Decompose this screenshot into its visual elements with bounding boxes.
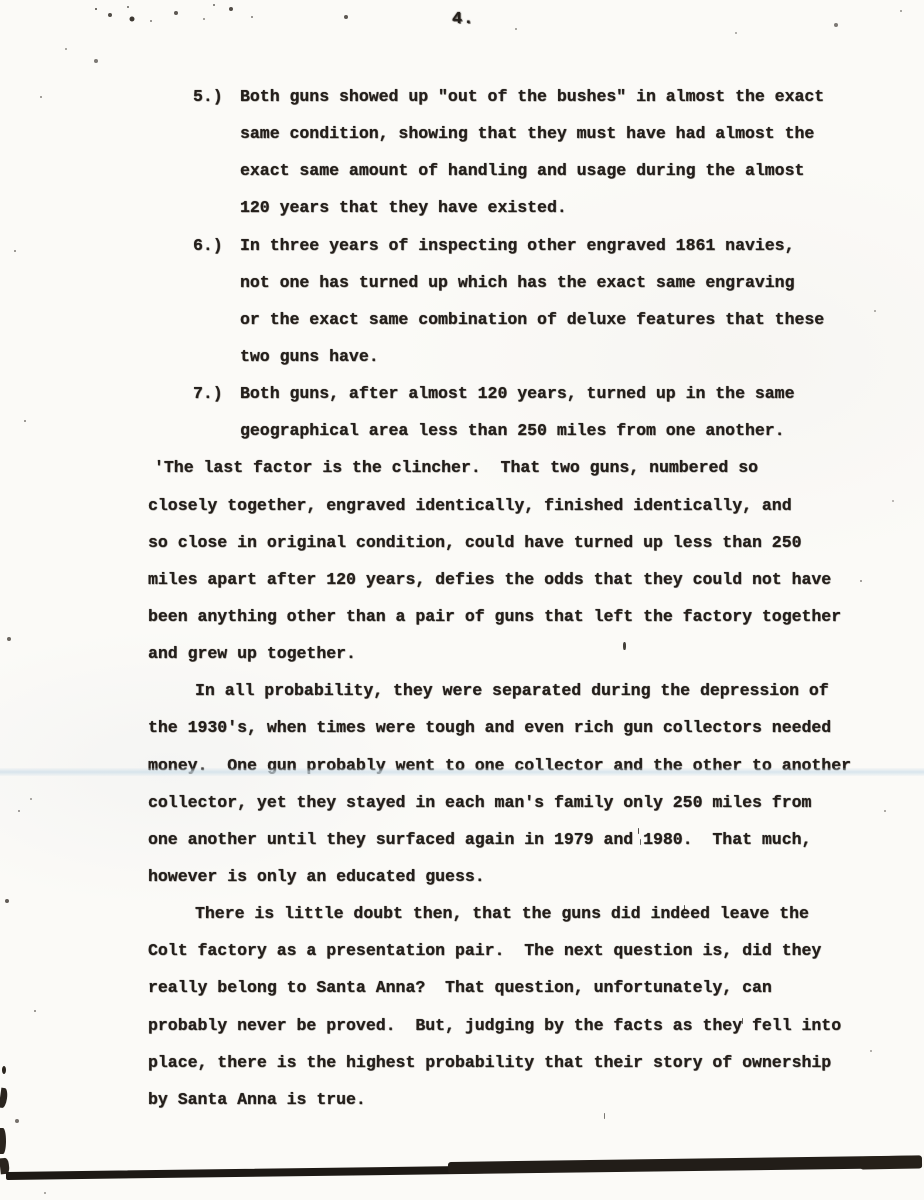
page-bottom-edge-bar xyxy=(448,1155,922,1174)
scan-noise xyxy=(14,250,16,252)
scan-edge-mark xyxy=(0,1088,8,1109)
document-page: 4. 5.)Both guns showed up "out of the bu… xyxy=(0,0,924,1200)
text-line: two guns have. xyxy=(148,338,888,375)
text-line: collector, yet they stayed in each man's… xyxy=(148,784,888,821)
text-line: or the exact same combination of deluxe … xyxy=(148,301,888,338)
page-bottom-edge-bar xyxy=(860,1155,922,1169)
scan-noise xyxy=(623,642,626,650)
item-marker: 5.) xyxy=(193,78,223,115)
text-line: money. One gun probably went to one coll… xyxy=(148,747,888,784)
text-line: 6.)In three years of inspecting other en… xyxy=(148,227,888,264)
page-number: 4. xyxy=(452,10,474,29)
text-line: however is only an educated guess. xyxy=(148,858,888,895)
scan-edge-mark xyxy=(0,1128,6,1154)
text-line: been anything other than a pair of guns … xyxy=(148,598,888,635)
text-line: 5.)Both guns showed up "out of the bushe… xyxy=(148,78,888,115)
text-line: by Santa Anna is true. xyxy=(148,1081,888,1118)
scan-edge-mark xyxy=(2,1066,6,1074)
text-line: miles apart after 120 years, defies the … xyxy=(148,561,888,598)
text-line: 7.)Both guns, after almost 120 years, tu… xyxy=(148,375,888,412)
text-line: There is little doubt then, that the gun… xyxy=(148,895,888,932)
text-line: exact same amount of handling and usage … xyxy=(148,152,888,189)
item-marker: 7.) xyxy=(193,375,223,412)
text-line: Colt factory as a presentation pair. The… xyxy=(148,932,888,969)
text-line: 120 years that they have existed. xyxy=(148,189,888,226)
text-line: 'The last factor is the clincher. That t… xyxy=(148,449,888,486)
text-line: geographical area less than 250 miles fr… xyxy=(148,412,888,449)
scan-noise xyxy=(95,8,97,10)
item-marker: 6.) xyxy=(193,227,223,264)
text-line: really belong to Santa Anna? That questi… xyxy=(148,969,888,1006)
text-line: the 1930's, when times were tough and ev… xyxy=(148,709,888,746)
text-line: In all probability, they were separated … xyxy=(148,672,888,709)
text-line: closely together, engraved identically, … xyxy=(148,487,888,524)
text-line: same condition, showing that they must h… xyxy=(148,115,888,152)
text-line: so close in original condition, could ha… xyxy=(148,524,888,561)
text-line: probably never be proved. But, judging b… xyxy=(148,1007,888,1044)
document-text: 5.)Both guns showed up "out of the bushe… xyxy=(148,78,888,1118)
text-line: place, there is the highest probability … xyxy=(148,1044,888,1081)
text-line: and grew up together. xyxy=(148,635,888,672)
text-line: not one has turned up which has the exac… xyxy=(148,264,888,301)
text-line: one another until they surfaced again in… xyxy=(148,821,888,858)
